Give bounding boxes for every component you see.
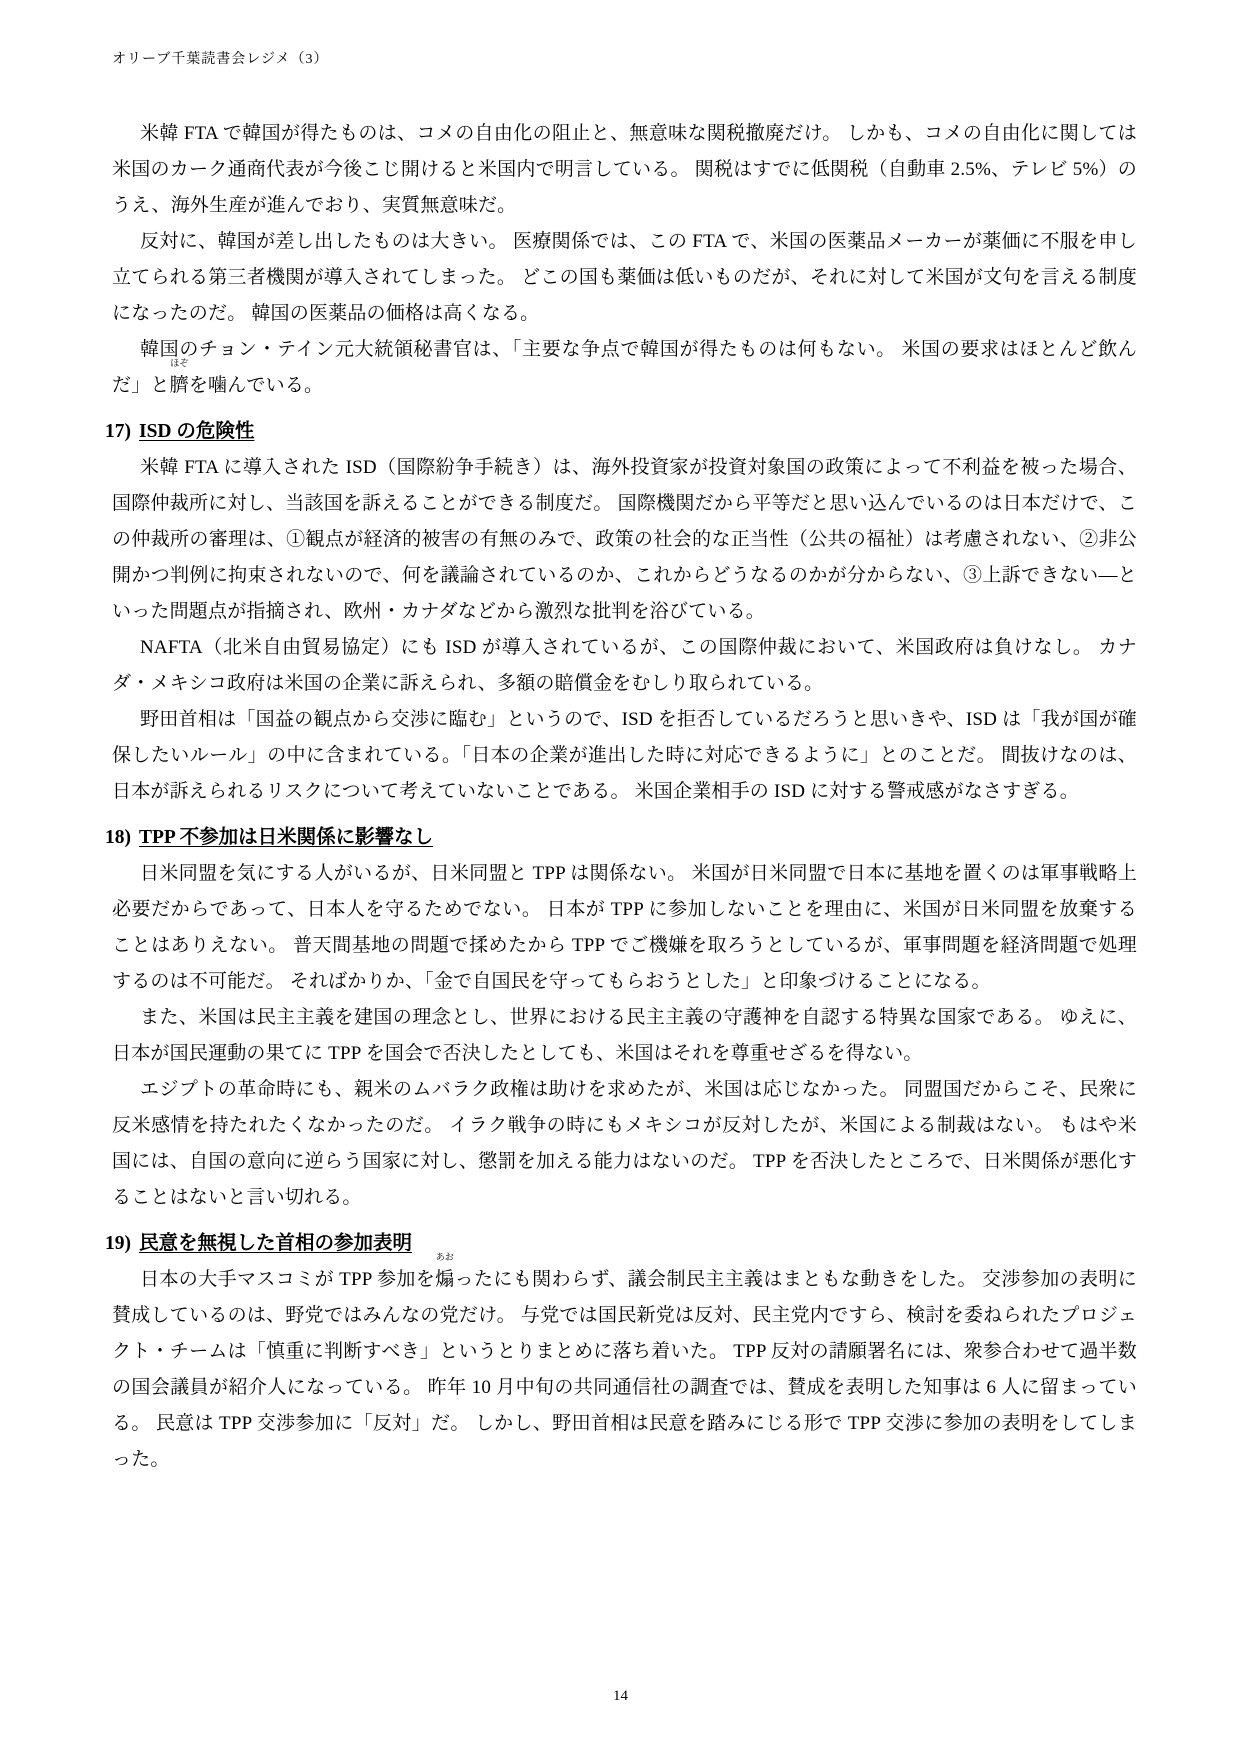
ruby-base: 臍: [170, 375, 189, 396]
paragraph-s18-2: また、米国は民主主義を建国の理念とし、世界における民主主義の守護神を自認する特異…: [112, 1000, 1137, 1072]
paragraph-s17-3: 野田首相は「国益の観点から交渉に臨む」というので、ISD を拒否しているだろうと…: [112, 702, 1137, 810]
furigana: あお: [436, 1253, 454, 1262]
section-title: ISD の危険性: [139, 421, 254, 442]
paragraph-text: 日本の大手マスコミが TPP 参加を: [140, 1269, 435, 1290]
paragraph-s17-2: NAFTA（北米自由貿易協定）にも ISD が導入されているが、この国際仲裁にお…: [112, 630, 1137, 702]
section-title: 民意を無視した首相の参加表明: [139, 1233, 412, 1254]
section-number: 17): [105, 421, 131, 442]
paragraph-s18-1: 日米同盟を気にする人がいるが、日米同盟と TPP は関係ない。 米国が日米同盟で…: [112, 856, 1137, 1000]
page-header: オリーブ千葉読書会レジメ（3）: [112, 50, 1137, 70]
paragraph-text: ったにも関わらず、議会制民主主義はまともな動きをした。 交渉参加の表明に賛成して…: [112, 1269, 1137, 1470]
paragraph-intro-3: 韓国のチョン・テイン元大統領秘書官は、「主要な争点で韓国が得たものは何もない。 …: [112, 332, 1137, 404]
ruby-base: 煽: [435, 1269, 454, 1290]
paragraph-s18-3: エジプトの革命時にも、親米のムバラク政権は助けを求めたが、米国は応じなかった。 …: [112, 1072, 1137, 1216]
ruby-annotated-word: ほぞ臍: [170, 368, 189, 404]
section-heading-19: 19)民意を無視した首相の参加表明: [105, 1226, 1137, 1262]
section-title: TPP 不参加は日米関係に影響なし: [139, 827, 433, 848]
section-number: 18): [105, 827, 131, 848]
paragraph-s17-1: 米韓 FTA に導入された ISD（国際紛争手続き）は、海外投資家が投資対象国の…: [112, 450, 1137, 630]
section-heading-17: 17)ISD の危険性: [105, 414, 1137, 450]
paragraph-s19-1: 日本の大手マスコミが TPP 参加をあお煽ったにも関わらず、議会制民主主義はまと…: [112, 1262, 1137, 1478]
paragraph-intro-2: 反対に、韓国が差し出したものは大きい。 医療関係では、この FTA で、米国の医…: [112, 224, 1137, 332]
document-page: オリーブ千葉読書会レジメ（3） 米韓 FTA で韓国が得たものは、コメの自由化の…: [0, 0, 1241, 1755]
ruby-annotated-word: あお煽: [435, 1262, 454, 1298]
document-body: 米韓 FTA で韓国が得たものは、コメの自由化の阻止と、無意味な関税撤廃だけ。 …: [112, 116, 1137, 1478]
page-number: 14: [0, 1687, 1241, 1705]
paragraph-intro-1: 米韓 FTA で韓国が得たものは、コメの自由化の阻止と、無意味な関税撤廃だけ。 …: [112, 116, 1137, 224]
section-heading-18: 18)TPP 不参加は日米関係に影響なし: [105, 820, 1137, 856]
section-number: 19): [105, 1233, 131, 1254]
paragraph-text: を噛んでいる。: [189, 375, 323, 396]
furigana: ほぞ: [170, 359, 188, 368]
